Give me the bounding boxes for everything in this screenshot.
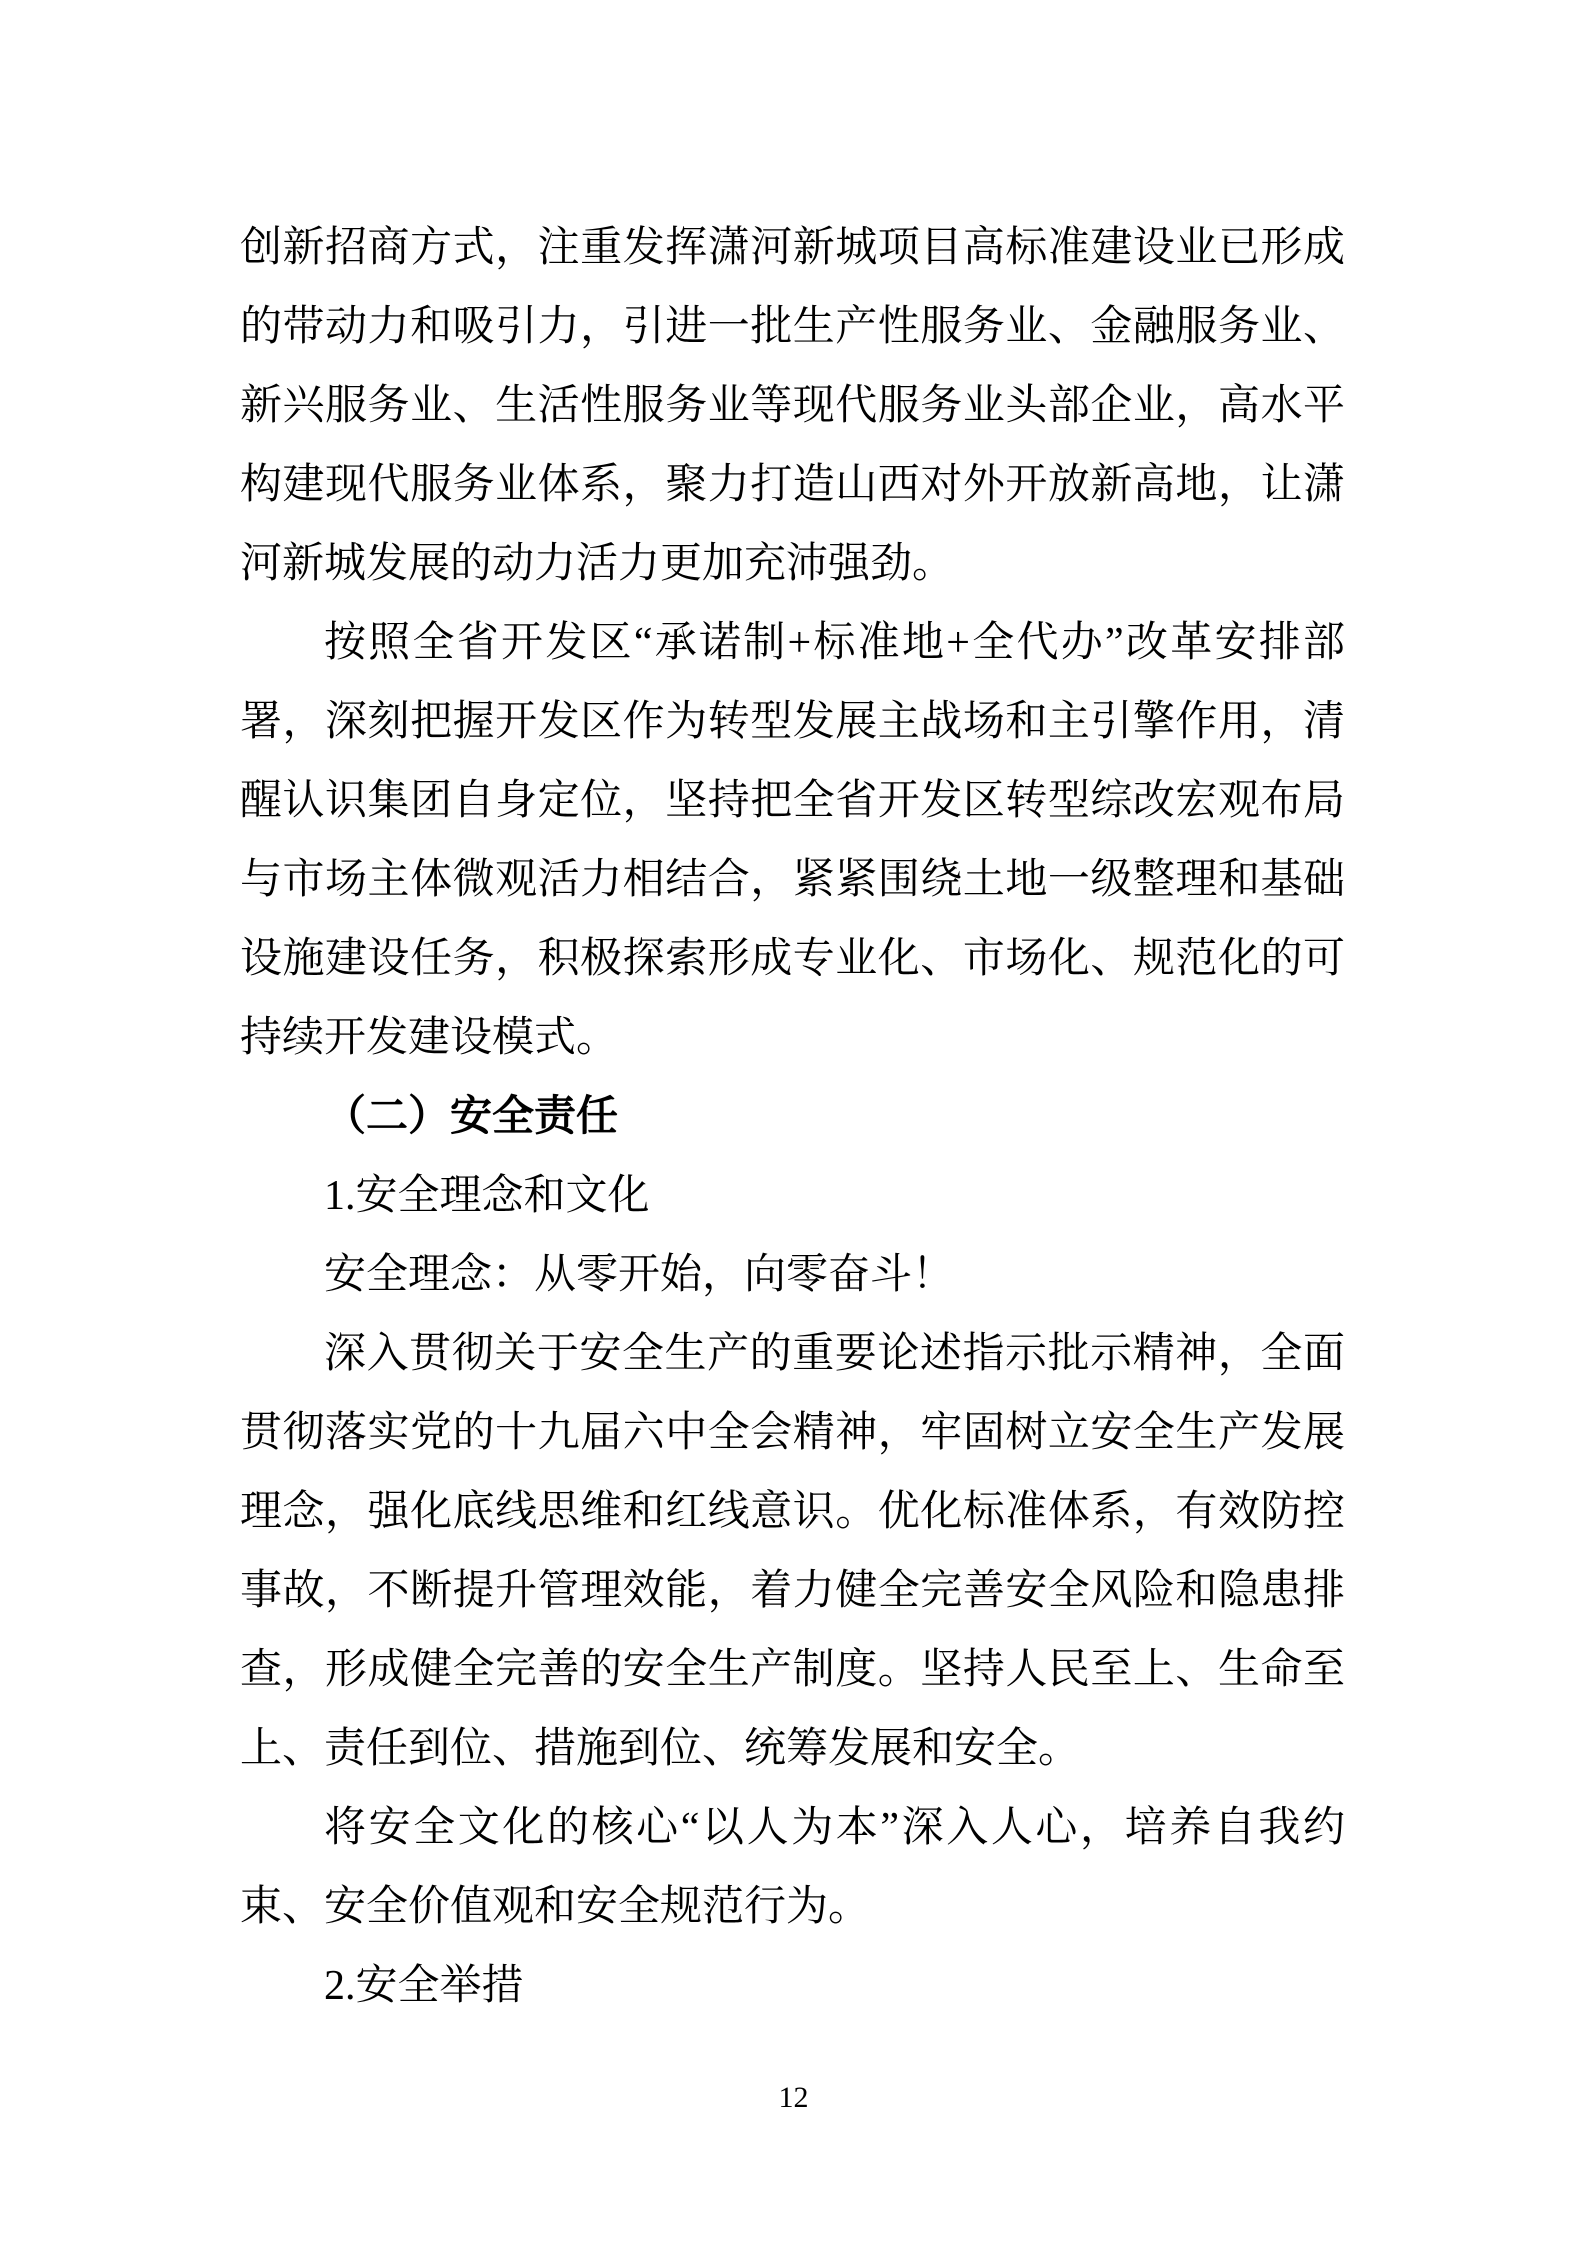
text-line: 构建现代服务业体系，聚力打造山西对外开放新高地，让潇 — [240, 446, 1345, 525]
text-line: 持续开发建设模式。 — [240, 999, 1345, 1078]
document-body: 创新招商方式，注重发挥潇河新城项目高标准建设业已形成的带动力和吸引力，引进一批生… — [240, 209, 1345, 2026]
text-line: 按照全省开发区“承诺制+标准地+全代办”改革安排部 — [240, 604, 1345, 683]
section-heading: （二）安全责任 — [240, 1078, 1345, 1157]
text-line: 查，形成健全完善的安全生产制度。坚持人民至上、生命至 — [240, 1631, 1345, 1710]
text-line: 创新招商方式，注重发挥潇河新城项目高标准建设业已形成 — [240, 209, 1345, 288]
document-page: 创新招商方式，注重发挥潇河新城项目高标准建设业已形成的带动力和吸引力，引进一批生… — [0, 0, 1587, 2245]
text-line: 醒认识集团自身定位，坚持把全省开发区转型综改宏观布局 — [240, 762, 1345, 841]
text-line: 新兴服务业、生活性服务业等现代服务业头部企业，高水平 — [240, 367, 1345, 446]
text-line: 深入贯彻关于安全生产的重要论述指示批示精神，全面 — [240, 1315, 1345, 1394]
text-line: 署，深刻把握开发区作为转型发展主战场和主引擎作用，清 — [240, 683, 1345, 762]
text-line: 束、安全价值观和安全规范行为。 — [240, 1868, 1345, 1947]
text-line: 将安全文化的核心“以人为本”深入人心，培养自我约 — [240, 1789, 1345, 1868]
text-line: 上、责任到位、措施到位、统筹发展和安全。 — [240, 1710, 1345, 1789]
text-line: 安全理念：从零开始，向零奋斗！ — [240, 1236, 1345, 1315]
text-line: 事故，不断提升管理效能，着力健全完善安全风险和隐患排 — [240, 1552, 1345, 1631]
text-line: 设施建设任务，积极探索形成专业化、市场化、规范化的可 — [240, 920, 1345, 999]
sub-heading: 1.安全理念和文化 — [240, 1157, 1345, 1236]
text-line: 理念，强化底线思维和红线意识。优化标准体系，有效防控 — [240, 1473, 1345, 1552]
text-line: 与市场主体微观活力相结合，紧紧围绕土地一级整理和基础 — [240, 841, 1345, 920]
sub-heading: 2.安全举措 — [240, 1947, 1345, 2026]
text-line: 的带动力和吸引力，引进一批生产性服务业、金融服务业、 — [240, 288, 1345, 367]
page-number: 12 — [0, 2076, 1587, 2120]
text-line: 河新城发展的动力活力更加充沛强劲。 — [240, 525, 1345, 604]
text-line: 贯彻落实党的十九届六中全会精神，牢固树立安全生产发展 — [240, 1394, 1345, 1473]
